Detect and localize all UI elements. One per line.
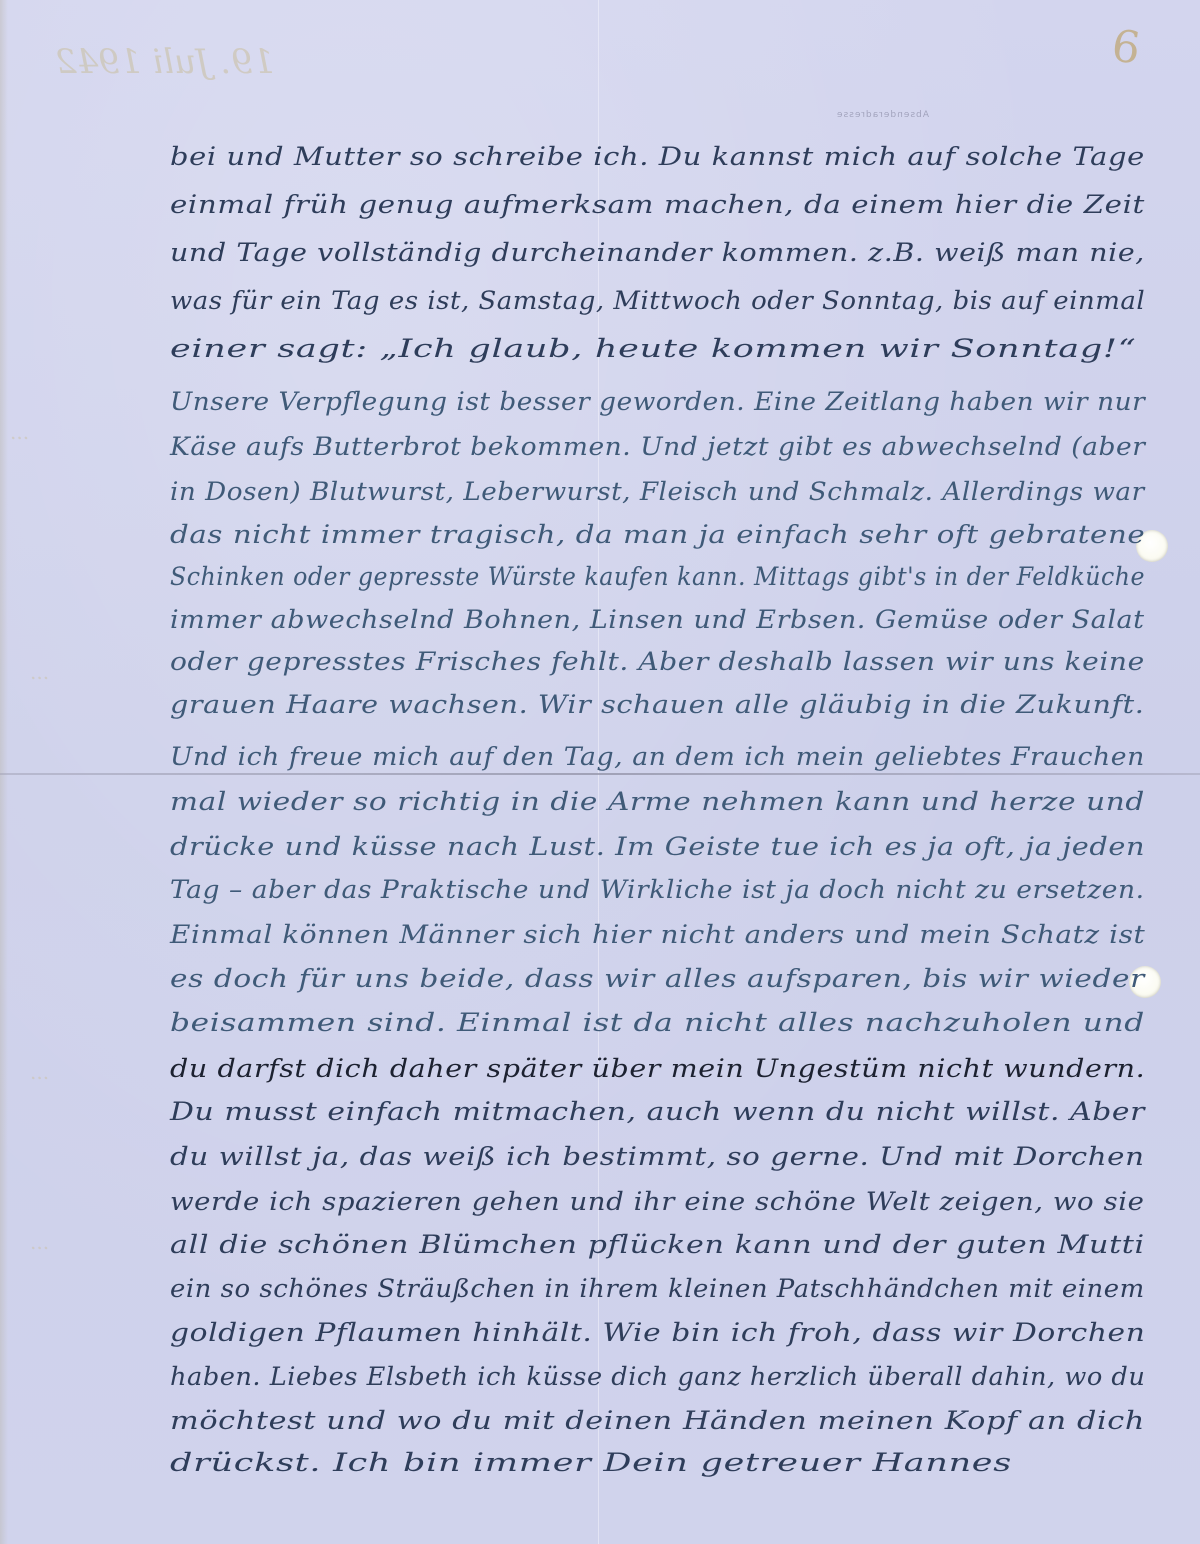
handwritten-line: beisammen sind. Einmal ist da nicht alle… bbox=[170, 1008, 1145, 1037]
handwritten-line: ein so schönes Sträußchen in ihrem klein… bbox=[170, 1274, 1145, 1303]
handwritten-line: bei und Mutter so schreibe ich. Du kanns… bbox=[170, 142, 1145, 171]
handwritten-line: oder gepresstes Frisches fehlt. Aber des… bbox=[170, 647, 1145, 676]
letter-page: 19. Juli 1942 Absenderadresse ... ... ..… bbox=[0, 0, 1200, 1544]
handwritten-line: Tag – aber das Praktische und Wirkliche … bbox=[170, 875, 1145, 904]
bleed-through-margin-note: ... bbox=[30, 1230, 49, 1254]
handwritten-line: in Dosen) Blutwurst, Leberwurst, Fleisch… bbox=[170, 477, 1145, 506]
bleed-through-date: 19. Juli 1942 bbox=[55, 42, 275, 82]
vertical-fold-crease bbox=[598, 0, 599, 1544]
handwritten-line: du willst ja, das weiß ich bestimmt, so … bbox=[170, 1142, 1145, 1171]
handwritten-line: drücke und küsse nach Lust. Im Geiste tu… bbox=[170, 832, 1145, 861]
handwritten-line: mal wieder so richtig in die Arme nehmen… bbox=[170, 787, 1145, 816]
horizontal-fold-crease bbox=[0, 773, 1200, 775]
handwritten-line: und Tage vollständig durcheinander komme… bbox=[170, 238, 1145, 267]
bleed-through-margin-note: ... bbox=[30, 1060, 49, 1084]
bleed-through-margin-note: ... bbox=[10, 420, 29, 444]
handwritten-line: goldigen Pflaumen hinhält. Wie bin ich f… bbox=[170, 1318, 1145, 1347]
handwritten-line: was für ein Tag es ist, Samstag, Mittwoc… bbox=[170, 286, 1145, 315]
paper-edge bbox=[0, 0, 8, 1544]
bleed-through-stamp: Absenderadresse bbox=[836, 110, 929, 120]
handwritten-line: immer abwechselnd Bohnen, Linsen und Erb… bbox=[170, 605, 1145, 634]
handwritten-line: werde ich spazieren gehen und ihr eine s… bbox=[170, 1187, 1144, 1216]
handwritten-line: möchtest und wo du mit deinen Händen mei… bbox=[170, 1406, 1145, 1435]
handwritten-line: all die schönen Blümchen pflücken kann u… bbox=[170, 1230, 1145, 1259]
page-number: 6 bbox=[1109, 20, 1144, 74]
handwritten-line: einer sagt: „Ich glaub, heute kommen wir… bbox=[170, 334, 1136, 363]
handwritten-line: es doch für uns beide, dass wir alles au… bbox=[170, 964, 1145, 993]
handwritten-line: grauen Haare wachsen. Wir schauen alle g… bbox=[170, 690, 1144, 719]
handwritten-line: Einmal können Männer sich hier nicht and… bbox=[170, 920, 1145, 949]
handwritten-line: einmal früh genug aufmerksam machen, da … bbox=[170, 190, 1145, 219]
handwritten-line: du darfst dich daher später über mein Un… bbox=[170, 1054, 1145, 1083]
handwritten-line: Unsere Verpflegung ist besser geworden. … bbox=[170, 387, 1145, 416]
handwritten-line: Schinken oder gepresste Würste kaufen ka… bbox=[170, 562, 1145, 591]
bleed-through-margin-note: ... bbox=[30, 660, 49, 684]
handwritten-line: haben. Liebes Elsbeth ich küsse dich gan… bbox=[170, 1362, 1145, 1391]
handwritten-line: Und ich freue mich auf den Tag, an dem i… bbox=[170, 742, 1145, 771]
handwritten-line: Käse aufs Butterbrot bekommen. Und jetzt… bbox=[170, 432, 1145, 461]
handwritten-line: drückst. Ich bin immer Dein getreuer Han… bbox=[170, 1448, 1012, 1477]
handwritten-line: das nicht immer tragisch, da man ja einf… bbox=[170, 520, 1145, 549]
handwritten-line: Du musst einfach mitmachen, auch wenn du… bbox=[170, 1097, 1145, 1126]
